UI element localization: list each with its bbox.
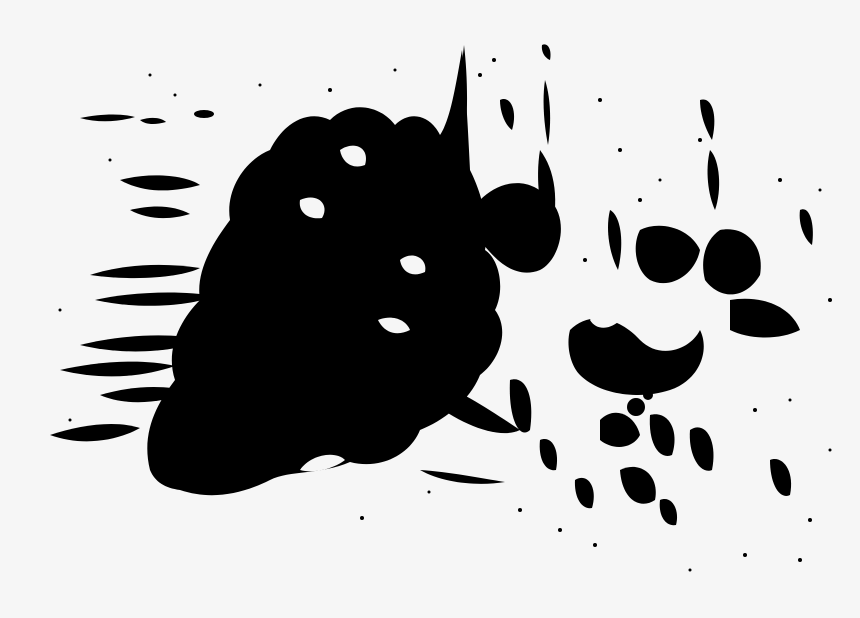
grunge-texture-image: Black grunge ink splatter texture on a l…	[0, 0, 860, 618]
ink-splatter-graphic	[0, 0, 860, 618]
